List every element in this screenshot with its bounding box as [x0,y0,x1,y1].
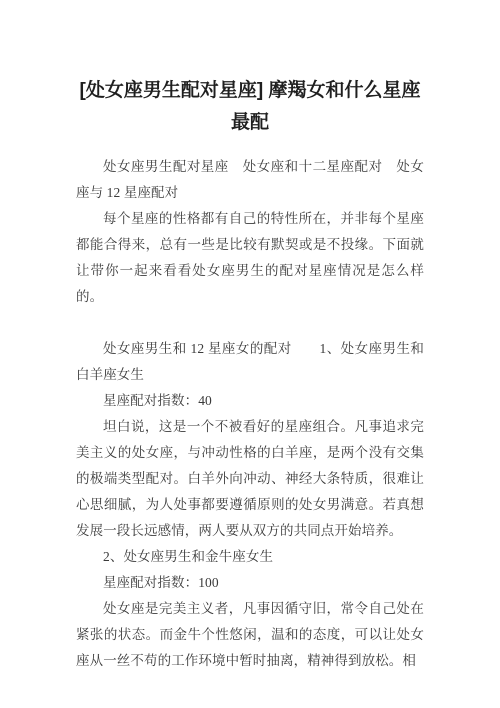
section-heading-aries: 处女座男生和 12 星座女的配对 1、处女座男生和白羊座女生 [76,336,424,388]
aries-description-paragraph: 坦白说，这是一个不被看好的星座组合。凡事追求完美主义的处女座，与冲动性格的白羊座… [76,414,424,544]
document-title-line-1: [处女座男生配对星座] 摩羯女和什么星座 [62,75,438,107]
section-heading-taurus: 2、处女座男生和金牛座女生 [76,544,424,570]
document-title-line-2: 最配 [62,107,438,139]
keywords-paragraph: 处女座男生配对星座 处女座和十二星座配对 处女座与 12 星座配对 [76,154,424,206]
document-page: [处女座男生配对星座] 摩羯女和什么星座 最配 处女座男生配对星座 处女座和十二… [0,0,500,708]
intro-paragraph: 每个星座的性格都有自己的特性所在，并非每个星座都能合得来，总有一些是比较有默契或… [76,206,424,310]
document-title: [处女座男生配对星座] 摩羯女和什么星座 最配 [62,75,438,139]
match-index-taurus: 星座配对指数：100 [76,570,424,596]
article-body: 处女座男生配对星座 处女座和十二星座配对 处女座与 12 星座配对 每个星座的性… [76,154,424,674]
taurus-description-paragraph: 处女座是完美主义者，凡事因循守旧，常令自己处在紧张的状态。而金牛个性悠闲，温和的… [76,596,424,674]
match-index-aries: 星座配对指数：40 [76,388,424,414]
